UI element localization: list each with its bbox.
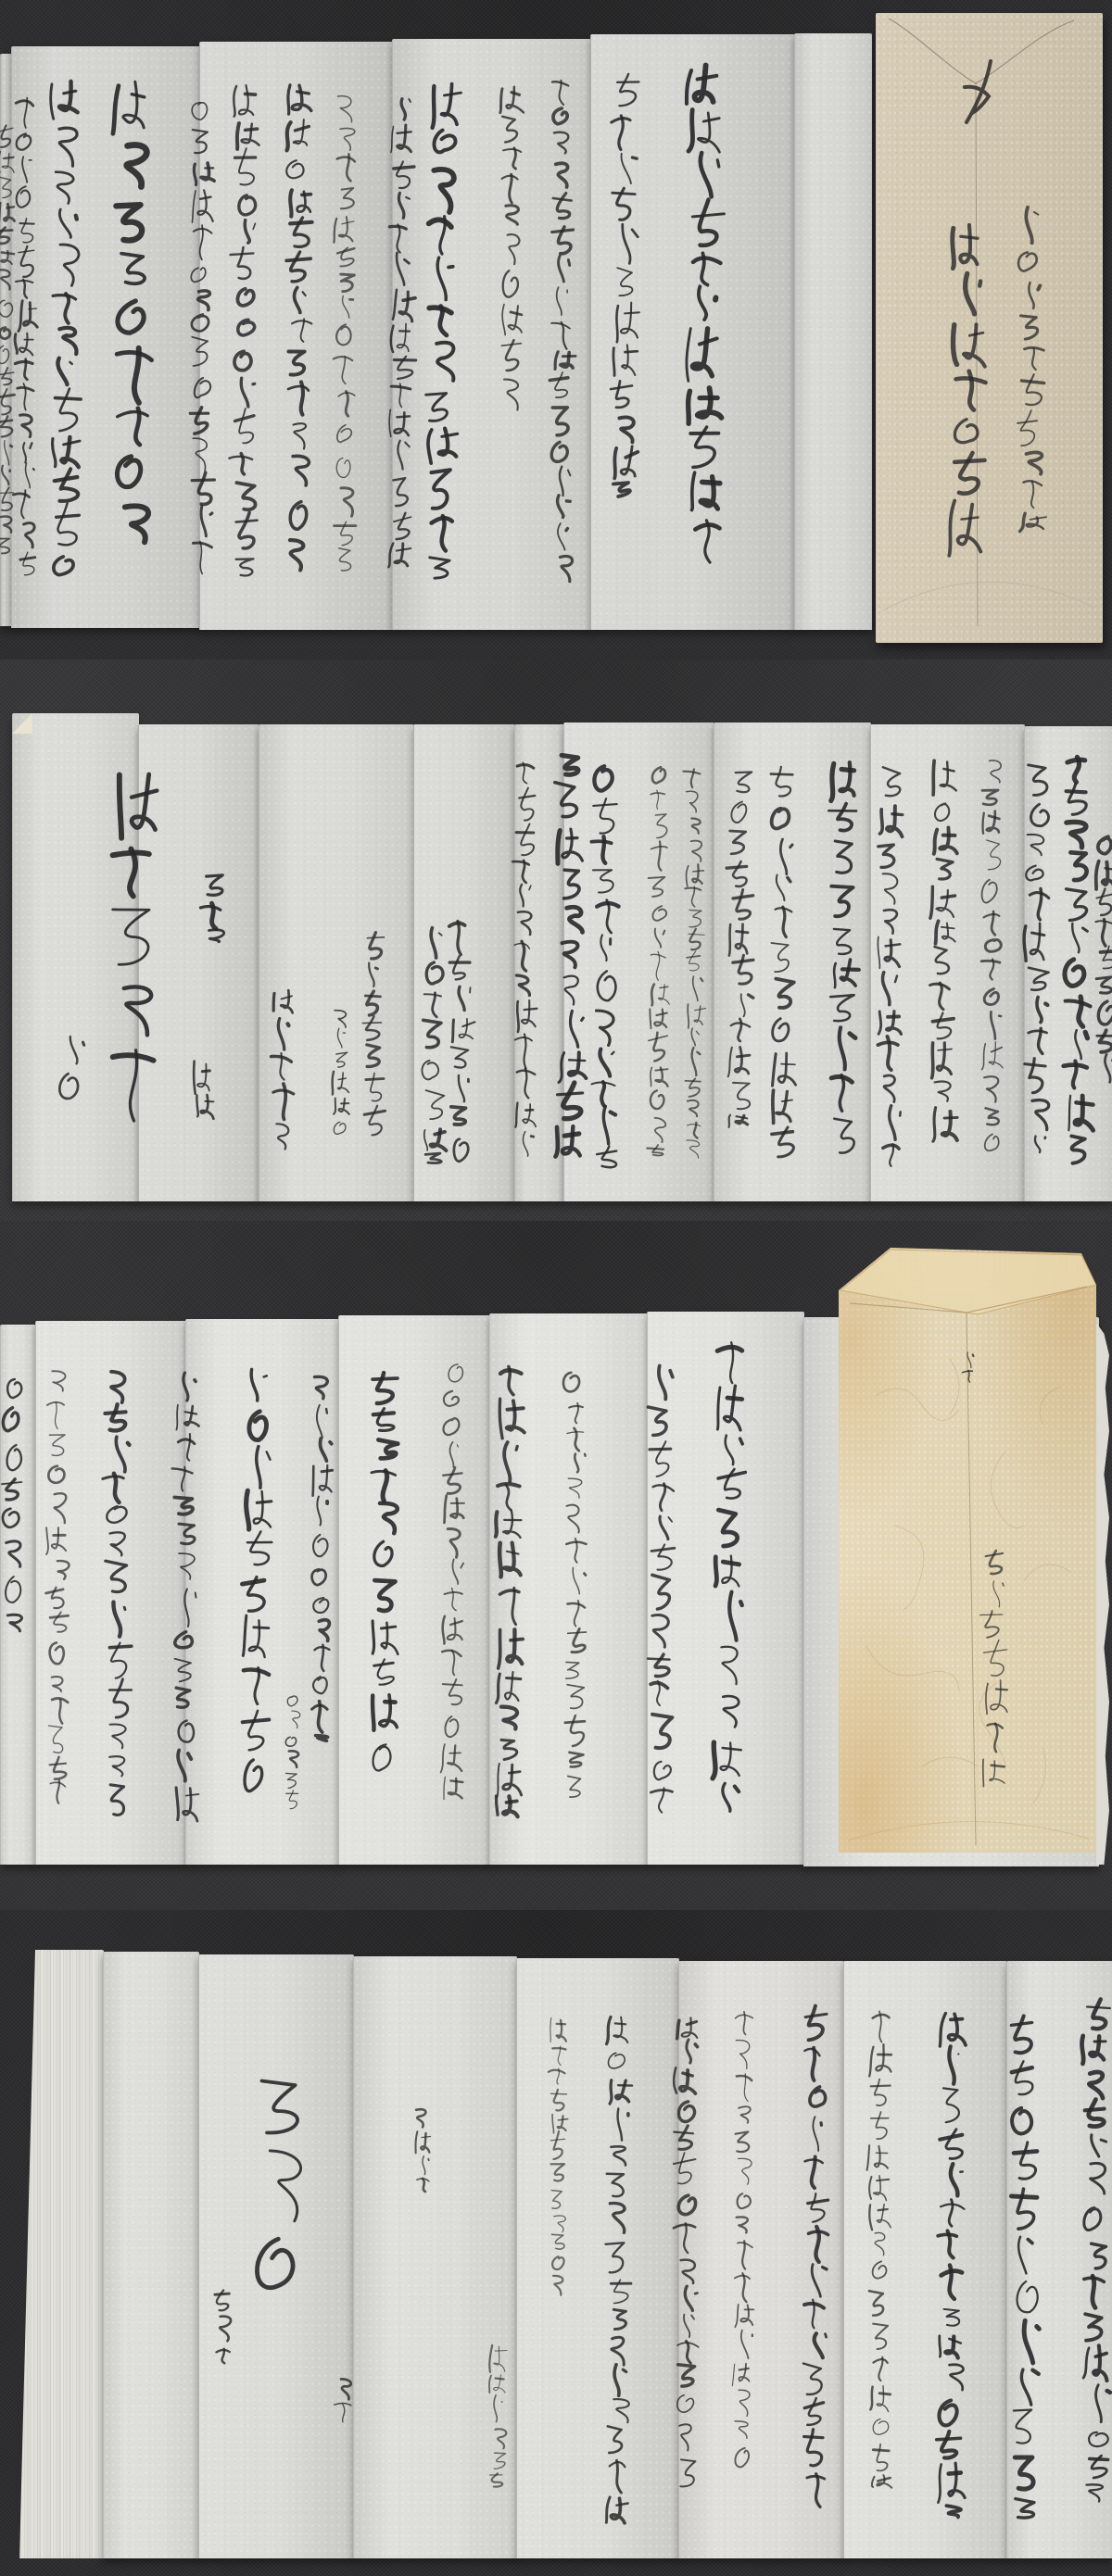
envelope-flap-lines — [876, 13, 1103, 643]
photo-panel-1: Accordion-folded letter with dense cursi… — [0, 0, 1112, 660]
paper-fold-segment — [489, 1313, 648, 1865]
envelope — [839, 1248, 1096, 1853]
paper-fold-segment — [1006, 1961, 1112, 2558]
paper-fold-segment — [714, 723, 871, 1201]
paper-fold-segment — [11, 46, 200, 628]
paper-stack-edge — [19, 1950, 104, 2558]
paper-fold-segment — [198, 1954, 354, 2558]
envelope-flap-lines — [839, 1248, 1096, 1853]
paper-fold-segment — [35, 1321, 186, 1865]
photo-panel-3: Second letter in cursive columns; fibrou… — [0, 1221, 1112, 1910]
paper-fold-segment — [12, 713, 139, 1201]
paper-fold-segment — [353, 1956, 517, 2558]
paper-fold-segment — [794, 33, 872, 630]
paper-fold-segment — [259, 724, 414, 1201]
paper-fold-segment — [103, 1952, 199, 2558]
paper-fold-segment — [1024, 726, 1112, 1201]
paper-fold-segment — [678, 1961, 844, 2558]
paper-fold-segment — [413, 724, 515, 1201]
paper-fold-segment — [199, 42, 393, 630]
paper-fold-segment — [590, 34, 795, 630]
seal-mark-icon — [965, 61, 991, 122]
paper-fold-segment — [0, 1325, 36, 1865]
paper-fold-segment — [138, 724, 259, 1201]
photo-panel-4: End of the second letter: closing lines … — [0, 1910, 1112, 2576]
paper-fold-segment — [338, 1315, 490, 1865]
paper-ragged-edge — [1096, 1323, 1109, 1865]
photo-panel-2: End of the first letter: closing lines, … — [0, 660, 1112, 1221]
paper-fold-segment — [563, 723, 714, 1201]
paper-fold-segment — [516, 1958, 679, 2558]
paper-fold-segment — [392, 39, 591, 630]
paper-fold-segment — [843, 1961, 1007, 2558]
paper-fold-segment — [185, 1319, 339, 1865]
paper-fold-segment — [647, 1312, 804, 1865]
paper-fold-segment — [870, 724, 1025, 1201]
paper-fold-segment — [514, 724, 564, 1201]
envelope — [876, 13, 1103, 643]
